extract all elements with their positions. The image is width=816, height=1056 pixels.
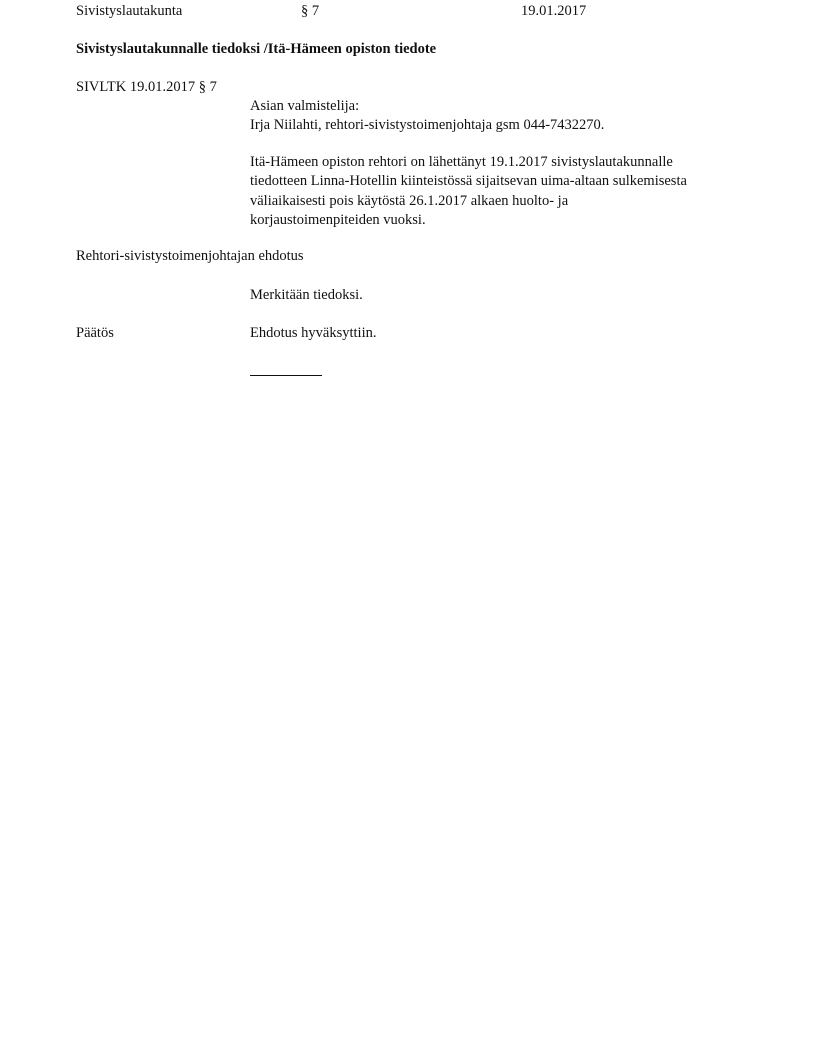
decision-text: Ehdotus hyväksyttiin. (250, 324, 376, 343)
document-title: Sivistyslautakunnalle tiedoksi /Itä-Häme… (76, 40, 436, 59)
preparer-label: Asian valmistelija: (250, 97, 604, 116)
preparer-name: Irja Niilahti, rehtori-sivistystoimenjoh… (250, 116, 604, 135)
description-line: korjaustoimenpiteiden vuoksi. (250, 211, 687, 230)
reference-line: SIVLTK 19.01.2017 § 7 (76, 78, 217, 97)
proposal-label: Rehtori-sivistystoimenjohtajan ehdotus (76, 247, 304, 266)
decision-label: Päätös (76, 324, 114, 343)
description-line: tiedotteen Linna-Hotellin kiinteistössä … (250, 172, 687, 191)
description-line: väliaikaisesti pois käytöstä 26.1.2017 a… (250, 192, 687, 211)
signature-rule (250, 375, 322, 376)
proposal-text: Merkitään tiedoksi. (250, 286, 363, 305)
header-committee: Sivistyslautakunta (76, 2, 182, 21)
preparer-block: Asian valmistelija: Irja Niilahti, rehto… (250, 97, 604, 136)
header-section: § 7 (301, 2, 319, 21)
description-line: Itä-Hämeen opiston rehtori on lähettänyt… (250, 153, 687, 172)
description-paragraph: Itä-Hämeen opiston rehtori on lähettänyt… (250, 153, 687, 230)
header-date: 19.01.2017 (521, 2, 586, 21)
